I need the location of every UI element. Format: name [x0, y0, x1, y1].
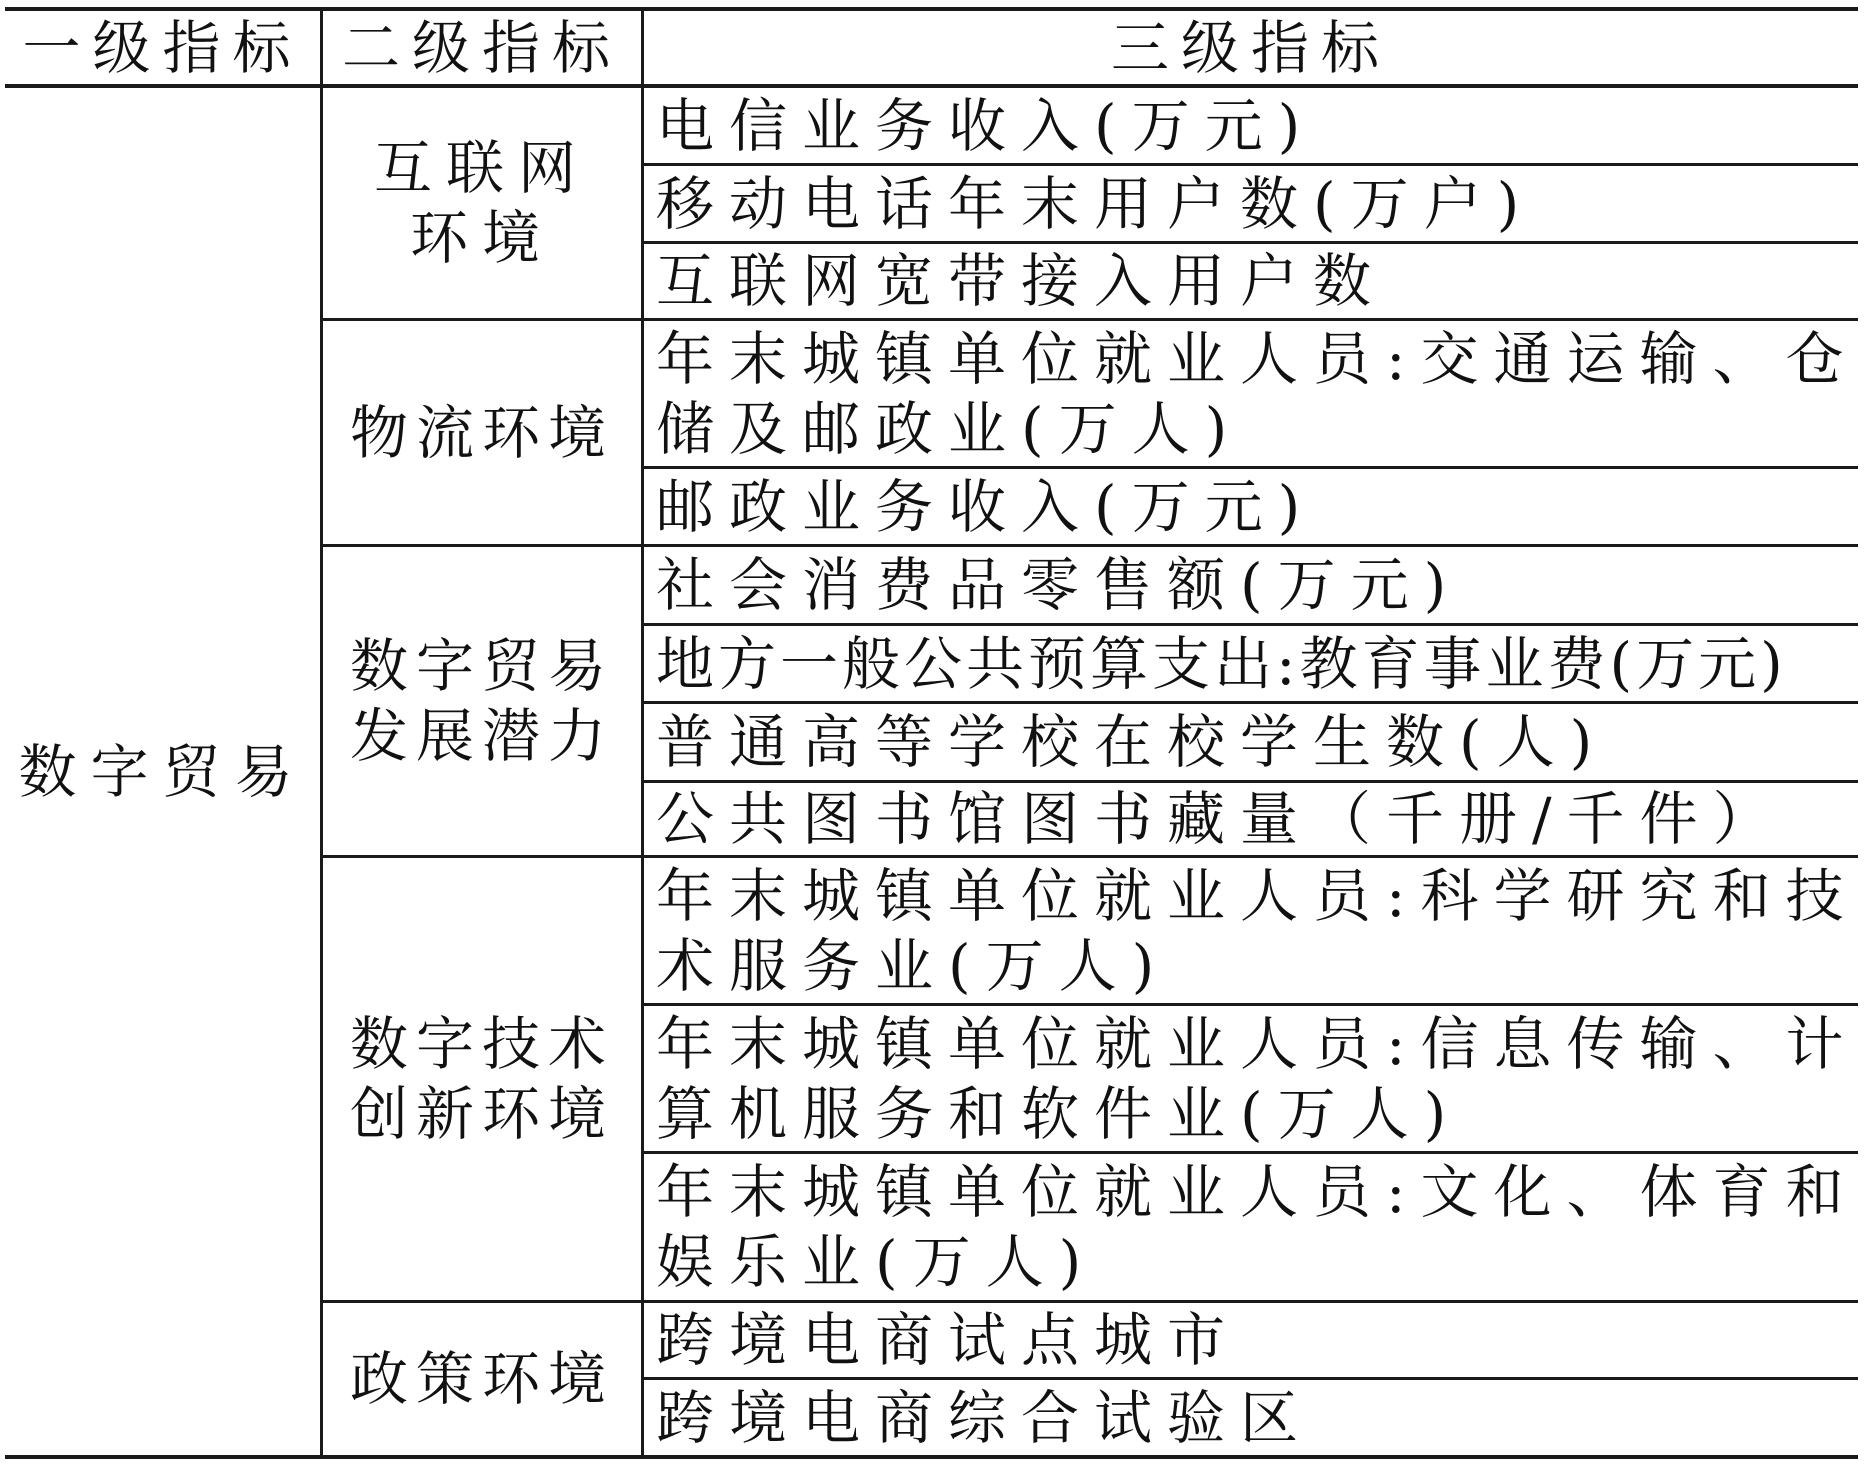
indicator-row: 年末城镇单位就业人员:信息传输、计算机服务和软件业(万人) [656, 1006, 1861, 1151]
indicator-label: 年末城镇单位就业人员:信息传输、计算机服务和软件业(万人) [656, 1009, 1861, 1149]
indicator-row: 年末城镇单位就业人员:科学研究和技术服务业(万人) [656, 858, 1861, 1003]
indicator-label: 地方一般公共预算支出:教育事业费(万元) [656, 629, 1787, 699]
indicator-label: 年末城镇单位就业人员:文化、体育和娱乐业(万人) [656, 1157, 1861, 1297]
indicator-label: 普通高等学校在校学生数(人) [656, 707, 1607, 777]
indicator-row: 年末城镇单位就业人员:文化、体育和娱乐业(万人) [656, 1154, 1861, 1300]
group-cell-innovation: 数字技术 创新环境 [323, 858, 641, 1300]
indicator-label: 邮政业务收入(万元) [656, 472, 1315, 542]
header-level2: 二级指标 [323, 11, 641, 84]
header-level3-label: 三级指标 [1111, 13, 1391, 83]
indicator-label: 互联网宽带接入用户数 [656, 246, 1386, 316]
indicator-label: 跨境电商试点城市 [656, 1305, 1240, 1375]
indicator-label: 公共图书馆图书藏量（千册/千件） [656, 784, 1786, 854]
indicator-row: 社会消费品零售额(万元) [656, 547, 1861, 623]
group-label: 政策环境 [350, 1344, 614, 1414]
header-level3: 三级指标 [644, 11, 1858, 84]
group-cell-internet: 互联网 环境 [323, 88, 641, 318]
level1-cell: 数字贸易 [5, 88, 320, 1455]
indicator-row: 移动电话年末用户数(万户) [656, 166, 1861, 241]
indicator-row: 跨境电商综合试验区 [656, 1380, 1861, 1455]
table-bottom-rule [5, 1455, 1858, 1459]
level1-label: 数字贸易 [18, 737, 306, 807]
indicator-row: 电信业务收入(万元) [656, 88, 1861, 163]
group-label: 物流环境 [350, 398, 614, 468]
indicator-label: 年末城镇单位就业人员:交通运输、仓储及邮政业(万人) [656, 324, 1861, 464]
group-cell-potential: 数字贸易 发展潜力 [323, 547, 641, 855]
indicator-row: 年末城镇单位就业人员:交通运输、仓储及邮政业(万人) [656, 321, 1861, 466]
header-level2-label: 二级指标 [342, 13, 622, 83]
indicator-label: 跨境电商综合试验区 [656, 1383, 1313, 1453]
header-level1: 一级指标 [5, 11, 320, 84]
group-cell-policy: 政策环境 [323, 1303, 641, 1455]
indicator-row: 跨境电商试点城市 [656, 1303, 1861, 1377]
header-level1-label: 一级指标 [22, 13, 302, 83]
indicator-row: 邮政业务收入(万元) [656, 469, 1861, 544]
group-label: 数字技术 创新环境 [350, 1009, 614, 1149]
group-label: 互联网 环境 [374, 133, 590, 273]
indicator-label: 移动电话年末用户数(万户) [656, 169, 1534, 239]
group-cell-logistics: 物流环境 [323, 321, 641, 544]
indicator-row: 普通高等学校在校学生数(人) [656, 704, 1861, 780]
column-divider-2 [641, 7, 644, 1459]
indicator-label: 电信业务收入(万元) [656, 91, 1315, 161]
indicator-row: 互联网宽带接入用户数 [656, 244, 1861, 318]
group-label: 数字贸易 发展潜力 [350, 631, 614, 771]
indicator-row: 公共图书馆图书藏量（千册/千件） [656, 783, 1861, 855]
indicator-row: 地方一般公共预算支出:教育事业费(万元) [656, 626, 1861, 701]
indicator-label: 社会消费品零售额(万元) [656, 550, 1461, 620]
indicator-label: 年末城镇单位就业人员:科学研究和技术服务业(万人) [656, 861, 1861, 1001]
